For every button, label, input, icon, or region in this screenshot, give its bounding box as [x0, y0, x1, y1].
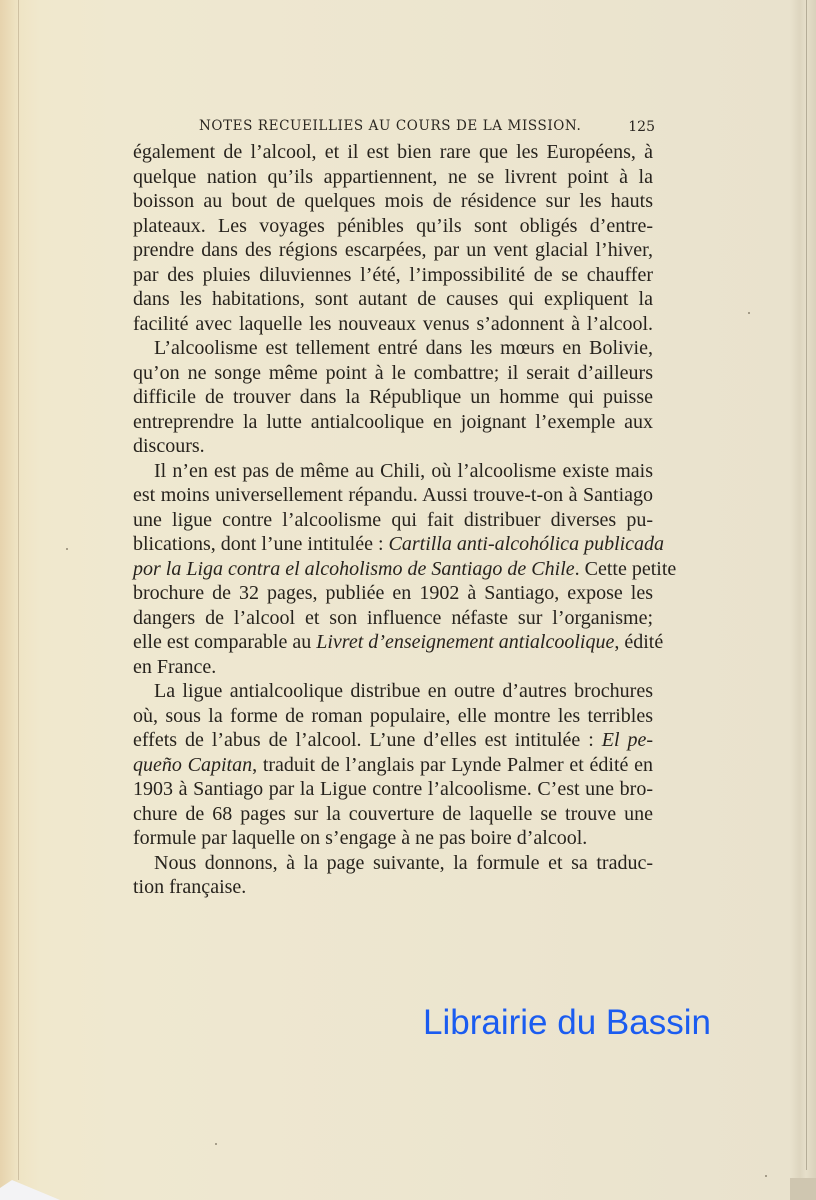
text-line: une ligue contre l’alcoolisme qui fait d…	[133, 508, 653, 533]
text-line: également de l’alcool, et il est bien ra…	[133, 140, 653, 165]
paper-speck	[66, 548, 68, 550]
text-line: chure de 68 pages sur la couverture de l…	[133, 802, 653, 827]
text-line: discours.	[133, 434, 653, 459]
text-line: en France.	[133, 655, 653, 680]
paper-speck	[215, 1143, 217, 1145]
text-line: est moins universellement répandu. Aussi…	[133, 483, 653, 508]
text-line: queño Capitan, traduit de l’anglais par …	[133, 753, 653, 778]
text-line: dangers de l’alcool et son influence néf…	[133, 606, 653, 631]
text-line: La ligue antialcoolique distribue en out…	[133, 679, 653, 704]
text-line: brochure de 32 pages, publiée en 1902 à …	[133, 581, 653, 606]
text-run: elle est comparable au	[133, 631, 316, 653]
binding-gutter-line	[18, 0, 19, 1180]
bookseller-watermark: Librairie du Bassin	[423, 1003, 711, 1043]
text-run: . Cette petite	[575, 558, 677, 580]
text-line: Nous donnons, à la page suivante, la for…	[133, 851, 653, 876]
paper-speck	[765, 1175, 767, 1177]
paragraph-3: Il n’en est pas de même au Chili, où l’a…	[133, 459, 653, 680]
text-line: 1903 à Santiago par la Ligue contre l’al…	[133, 777, 653, 802]
paragraph-5: Nous donnons, à la page suivante, la for…	[133, 851, 653, 900]
text-line: dans les habitations, sont autant de cau…	[133, 287, 653, 312]
scanned-book-page: NOTES RECUEILLIES AU COURS DE LA MISSION…	[0, 0, 816, 1200]
text-line: prendre dans des régions escarpées, par …	[133, 238, 653, 263]
page-edge-line	[806, 0, 807, 1170]
paragraph-2: L’alcoolisme est tellement entré dans le…	[133, 336, 653, 459]
body-text: également de l’alcool, et il est bien ra…	[133, 140, 653, 900]
text-line: qu’on ne songe même point à le combattre…	[133, 361, 653, 386]
text-line: où, sous la forme de roman populaire, el…	[133, 704, 653, 729]
text-line: boisson au bout de quelques mois de rési…	[133, 189, 653, 214]
paragraph-4: La ligue antialcoolique distribue en out…	[133, 679, 653, 851]
text-run: , traduit de l’anglais par Lynde Palmer …	[252, 754, 653, 776]
book-title-italic: Cartilla anti-alcohólica publicada	[389, 533, 665, 555]
running-head: NOTES RECUEILLIES AU COURS DE LA MISSION…	[133, 116, 655, 138]
book-title-italic: Livret d’enseignement antialcoolique	[316, 631, 614, 653]
text-line: formule par laquelle on s’engage à ne pa…	[133, 826, 653, 851]
page-corner-shadow	[790, 1178, 816, 1200]
text-line: Il n’en est pas de même au Chili, où l’a…	[133, 459, 653, 484]
page-corner-fold	[0, 1180, 60, 1200]
text-run: effets de l’abus de l’alcool. L’une d’el…	[133, 729, 602, 751]
book-title-italic: queño Capitan	[133, 754, 252, 776]
text-run: , édité	[614, 631, 663, 653]
text-line: difficile de trouver dans la République …	[133, 385, 653, 410]
paragraph-1: également de l’alcool, et il est bien ra…	[133, 140, 653, 336]
text-line: elle est comparable au Livret d’enseigne…	[133, 630, 653, 655]
text-line: effets de l’abus de l’alcool. L’une d’el…	[133, 728, 653, 753]
text-line: blications, dont l’une intitulée : Carti…	[133, 532, 653, 557]
book-title-italic: El pe-	[602, 729, 653, 751]
book-title-italic: por la Liga contra el alcoholismo de San…	[133, 558, 575, 580]
text-line: entreprendre la lutte antialcoolique en …	[133, 410, 653, 435]
running-head-title: NOTES RECUEILLIES AU COURS DE LA MISSION…	[199, 118, 581, 134]
text-line: par des pluies diluviennes l’été, l’impo…	[133, 263, 653, 288]
text-run: blications, dont l’une intitulée :	[133, 533, 389, 555]
text-line: facilité avec laquelle les nouveaux venu…	[133, 312, 653, 337]
paper-speck	[748, 312, 750, 314]
text-line: plateaux. Les voyages pénibles qu’ils so…	[133, 214, 653, 239]
text-line: quelque nation qu’ils appartiennent, ne …	[133, 165, 653, 190]
text-line: L’alcoolisme est tellement entré dans le…	[133, 336, 653, 361]
text-line: tion française.	[133, 875, 653, 900]
text-line: por la Liga contra el alcoholismo de San…	[133, 557, 653, 582]
page-number: 125	[628, 119, 655, 135]
